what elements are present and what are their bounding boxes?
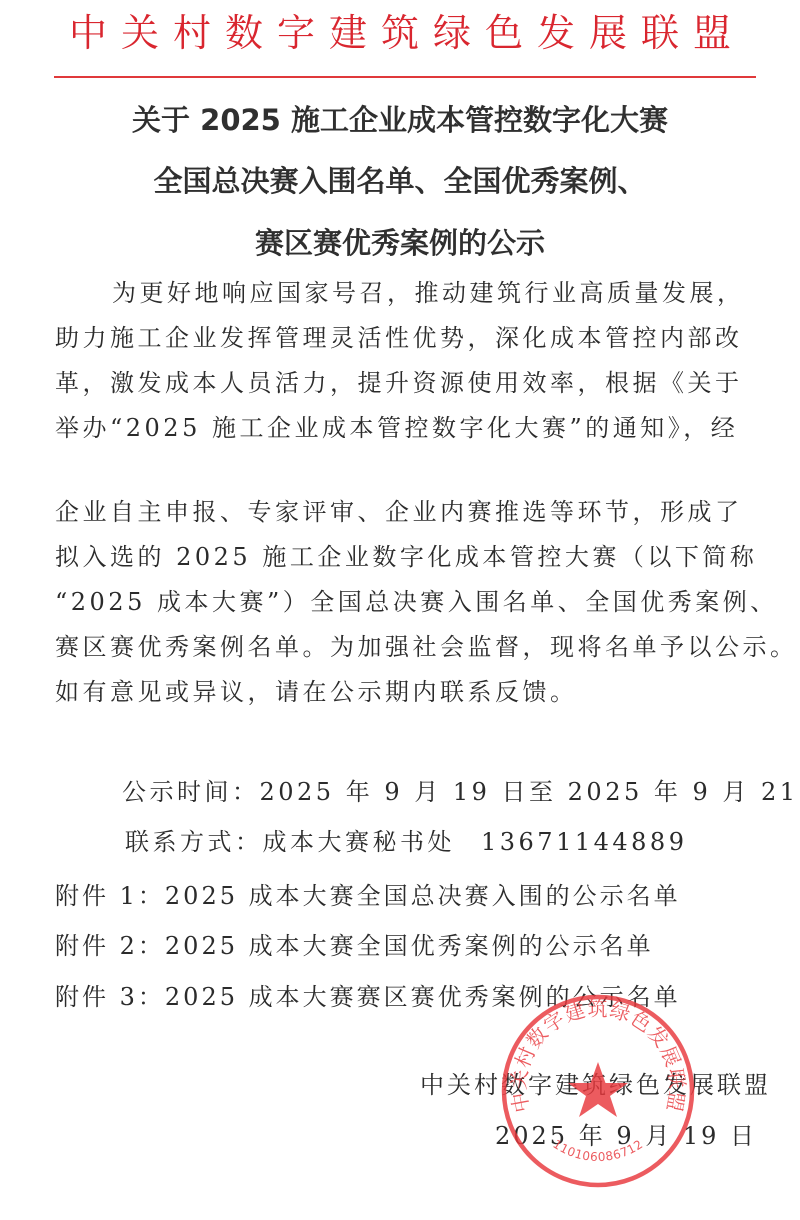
body-line: 举办“2025 施工企业成本管控数字化大赛”的通知》，经 <box>55 412 738 444</box>
signature-date: 2025 年 9 月 19 日 <box>495 1120 757 1152</box>
title-line-3: 赛区赛优秀案例的公示 <box>0 223 800 263</box>
attachment-item: 附件 1：2025 成本大赛全国总决赛入围的公示名单 <box>55 880 681 912</box>
body-line: 革，激发成本人员活力，提升资源使用效率，根据《关于 <box>55 367 743 399</box>
masthead-divider <box>54 76 756 78</box>
attachment-label: 附件 1： <box>55 882 165 910</box>
notice-period-value: 2025 年 9 月 19 日至 2025 年 9 月 21 日 <box>260 778 800 806</box>
attachment-label: 附件 2： <box>55 932 165 960</box>
contact-label: 联系方式： <box>125 828 263 856</box>
body-line: 为更好地响应国家号召，推动建筑行业高质量发展， <box>112 277 745 309</box>
body-line: 赛区赛优秀案例名单。为加强社会监督，现将名单予以公示。 <box>55 631 798 663</box>
attachment-title: 2025 成本大赛赛区赛优秀案例的公示名单 <box>165 983 681 1011</box>
contact-info: 联系方式：成本大赛秘书处13671144889 <box>125 826 687 858</box>
body-line: 如有意见或异议，请在公示期内联系反馈。 <box>55 676 578 708</box>
body-line: 企业自主申报、专家评审、企业内赛推选等环节，形成了 <box>55 496 743 528</box>
attachment-item: 附件 3：2025 成本大赛赛区赛优秀案例的公示名单 <box>55 981 681 1013</box>
attachment-title: 2025 成本大赛全国总决赛入围的公示名单 <box>165 882 681 910</box>
body-line: “2025 成本大赛”）全国总决赛入围名单、全国优秀案例、 <box>55 586 778 618</box>
body-line: 拟入选的 2025 施工企业数字化成本管控大赛（以下简称 <box>55 541 757 573</box>
body-line: 助力施工企业发挥管理灵活性优势，深化成本管控内部改 <box>55 322 743 354</box>
notice-period: 公示时间：2025 年 9 月 19 日至 2025 年 9 月 21 日 <box>122 776 800 808</box>
attachment-label: 附件 3： <box>55 983 165 1011</box>
contact-phone: 13671144889 <box>481 828 687 856</box>
notice-period-label: 公示时间： <box>122 778 260 806</box>
contact-name: 成本大赛秘书处 <box>263 828 456 856</box>
title-line-1: 关于 2025 施工企业成本管控数字化大赛 <box>0 100 800 140</box>
attachment-item: 附件 2：2025 成本大赛全国优秀案例的公示名单 <box>55 930 654 962</box>
masthead-org-name: 中关村数字建筑绿色发展联盟 <box>0 8 800 58</box>
title-line-2: 全国总决赛入围名单、全国优秀案例、 <box>0 161 800 201</box>
signature-org-name: 中关村数字建筑绿色发展联盟 <box>420 1069 771 1101</box>
attachment-title: 2025 成本大赛全国优秀案例的公示名单 <box>165 932 654 960</box>
